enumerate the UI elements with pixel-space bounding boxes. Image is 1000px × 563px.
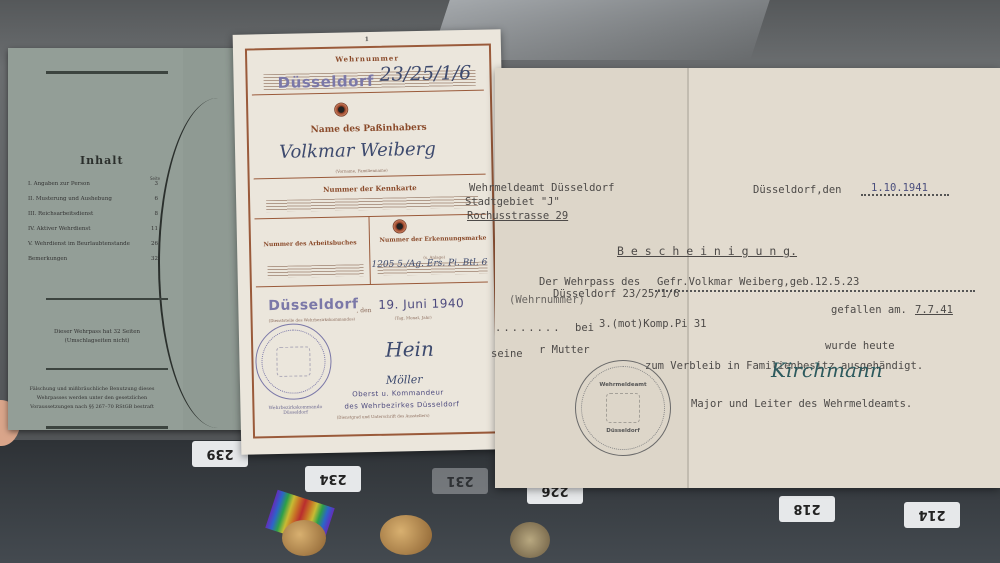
lot-tag: 234: [305, 466, 361, 492]
wehrpass-inside-cover: Inhalt Seite I. Angaben zur Person3 II. …: [8, 48, 270, 430]
divider: [46, 426, 168, 429]
body-line1-b: Gefr.Volkmar Weiberg,geb.12.5.23: [657, 276, 859, 288]
lot-tag: 218: [779, 496, 835, 522]
toc-row: II. Musterung und Aushebung6: [28, 196, 158, 211]
sender-line-1: Wehrmeldeamt Düsseldorf: [469, 182, 614, 194]
issue-place-stamp: Düsseldorf: [268, 296, 359, 314]
contents-title: Inhalt: [80, 154, 124, 167]
certificate-date: 1.10.1941: [861, 182, 949, 196]
body-line2-c: gefallen am.: [831, 304, 907, 316]
issue-date-prefix: , den: [356, 307, 371, 314]
body-line3-a: bei: [575, 322, 594, 334]
signature: Kirchmann: [771, 358, 883, 382]
divider: [46, 71, 168, 74]
countersignature: Möller: [386, 373, 423, 387]
dotted-lead: ........: [495, 322, 562, 334]
page-count-note: Dieser Wehrpass hat 32 Seiten (Umschlags…: [32, 328, 162, 346]
toc-row: III. Reichsarbeitsdienst8: [28, 211, 158, 226]
recipient: r Mutter: [539, 344, 590, 356]
divider: [46, 368, 168, 370]
dotted-line: [655, 290, 975, 292]
lot-tag: 231: [432, 468, 488, 494]
sender-line-3: Rochusstrasse 29: [467, 210, 568, 222]
wehrmeldeamt-seal: Wehrmeldeamt Düsseldorf: [575, 360, 671, 456]
toc-row: Bemerkungen32: [28, 256, 158, 271]
lot-tag: 239: [192, 441, 248, 467]
table-of-contents: I. Angaben zur Person3 II. Musterung und…: [28, 181, 158, 271]
unit: 3.(mot)Komp.Pi 31: [599, 318, 706, 330]
divider: [46, 298, 168, 300]
certificate-document: Wehrmeldeamt Düsseldorf Stadtgebiet "J" …: [495, 68, 1000, 488]
body-line1-a: Der Wehrpass des: [539, 276, 640, 288]
holder-name: Volkmar Weiberg: [279, 139, 436, 163]
seal-ring-text: Wehrbezirkskommando Düsseldorf: [260, 405, 330, 416]
issue-date: 19. Juni 1940: [378, 296, 464, 312]
issue-date-sublabel: (Tag, Monat, Jahr): [395, 315, 432, 321]
lot-tag: 214: [904, 502, 960, 528]
toc-row: V. Wehrdienst im Beurlaubtenstande26: [28, 241, 158, 256]
medal: [380, 515, 432, 555]
legal-notice: Fälschung und mißbräuchliche Benutzung d…: [22, 385, 162, 412]
fallen-date: 7.7.41: [915, 304, 953, 316]
wehrnummer-stamp: Düsseldorf: [277, 72, 374, 92]
body-line2-b: Düsseldorf 23/25/1/6: [553, 288, 679, 300]
toc-row: IV. Aktiver Wehrdienst11: [28, 226, 158, 241]
date-prefix: Düsseldorf,den: [753, 184, 842, 196]
medal: [282, 520, 326, 556]
issuer-signature: Hein: [385, 337, 434, 362]
body-line3-c: wurde heute: [825, 340, 895, 352]
body-line4-a: seine: [491, 348, 523, 360]
certificate-heading: B e s c h e i n i g u n g.: [617, 244, 797, 258]
hatched-field: [267, 264, 363, 278]
wehrpass-page-1: 1 Wehrnummer Düsseldorf 23/25/1/6 Name d…: [233, 29, 510, 455]
sender-line-2: Stadtgebiet "J": [465, 196, 560, 208]
signer-title: Major und Leiter des Wehrmeldeamts.: [691, 398, 912, 410]
toc-row: I. Angaben zur Person3: [28, 181, 158, 196]
medal: [510, 522, 550, 558]
wehrnummer-handwritten: 23/25/1/6: [379, 62, 471, 86]
